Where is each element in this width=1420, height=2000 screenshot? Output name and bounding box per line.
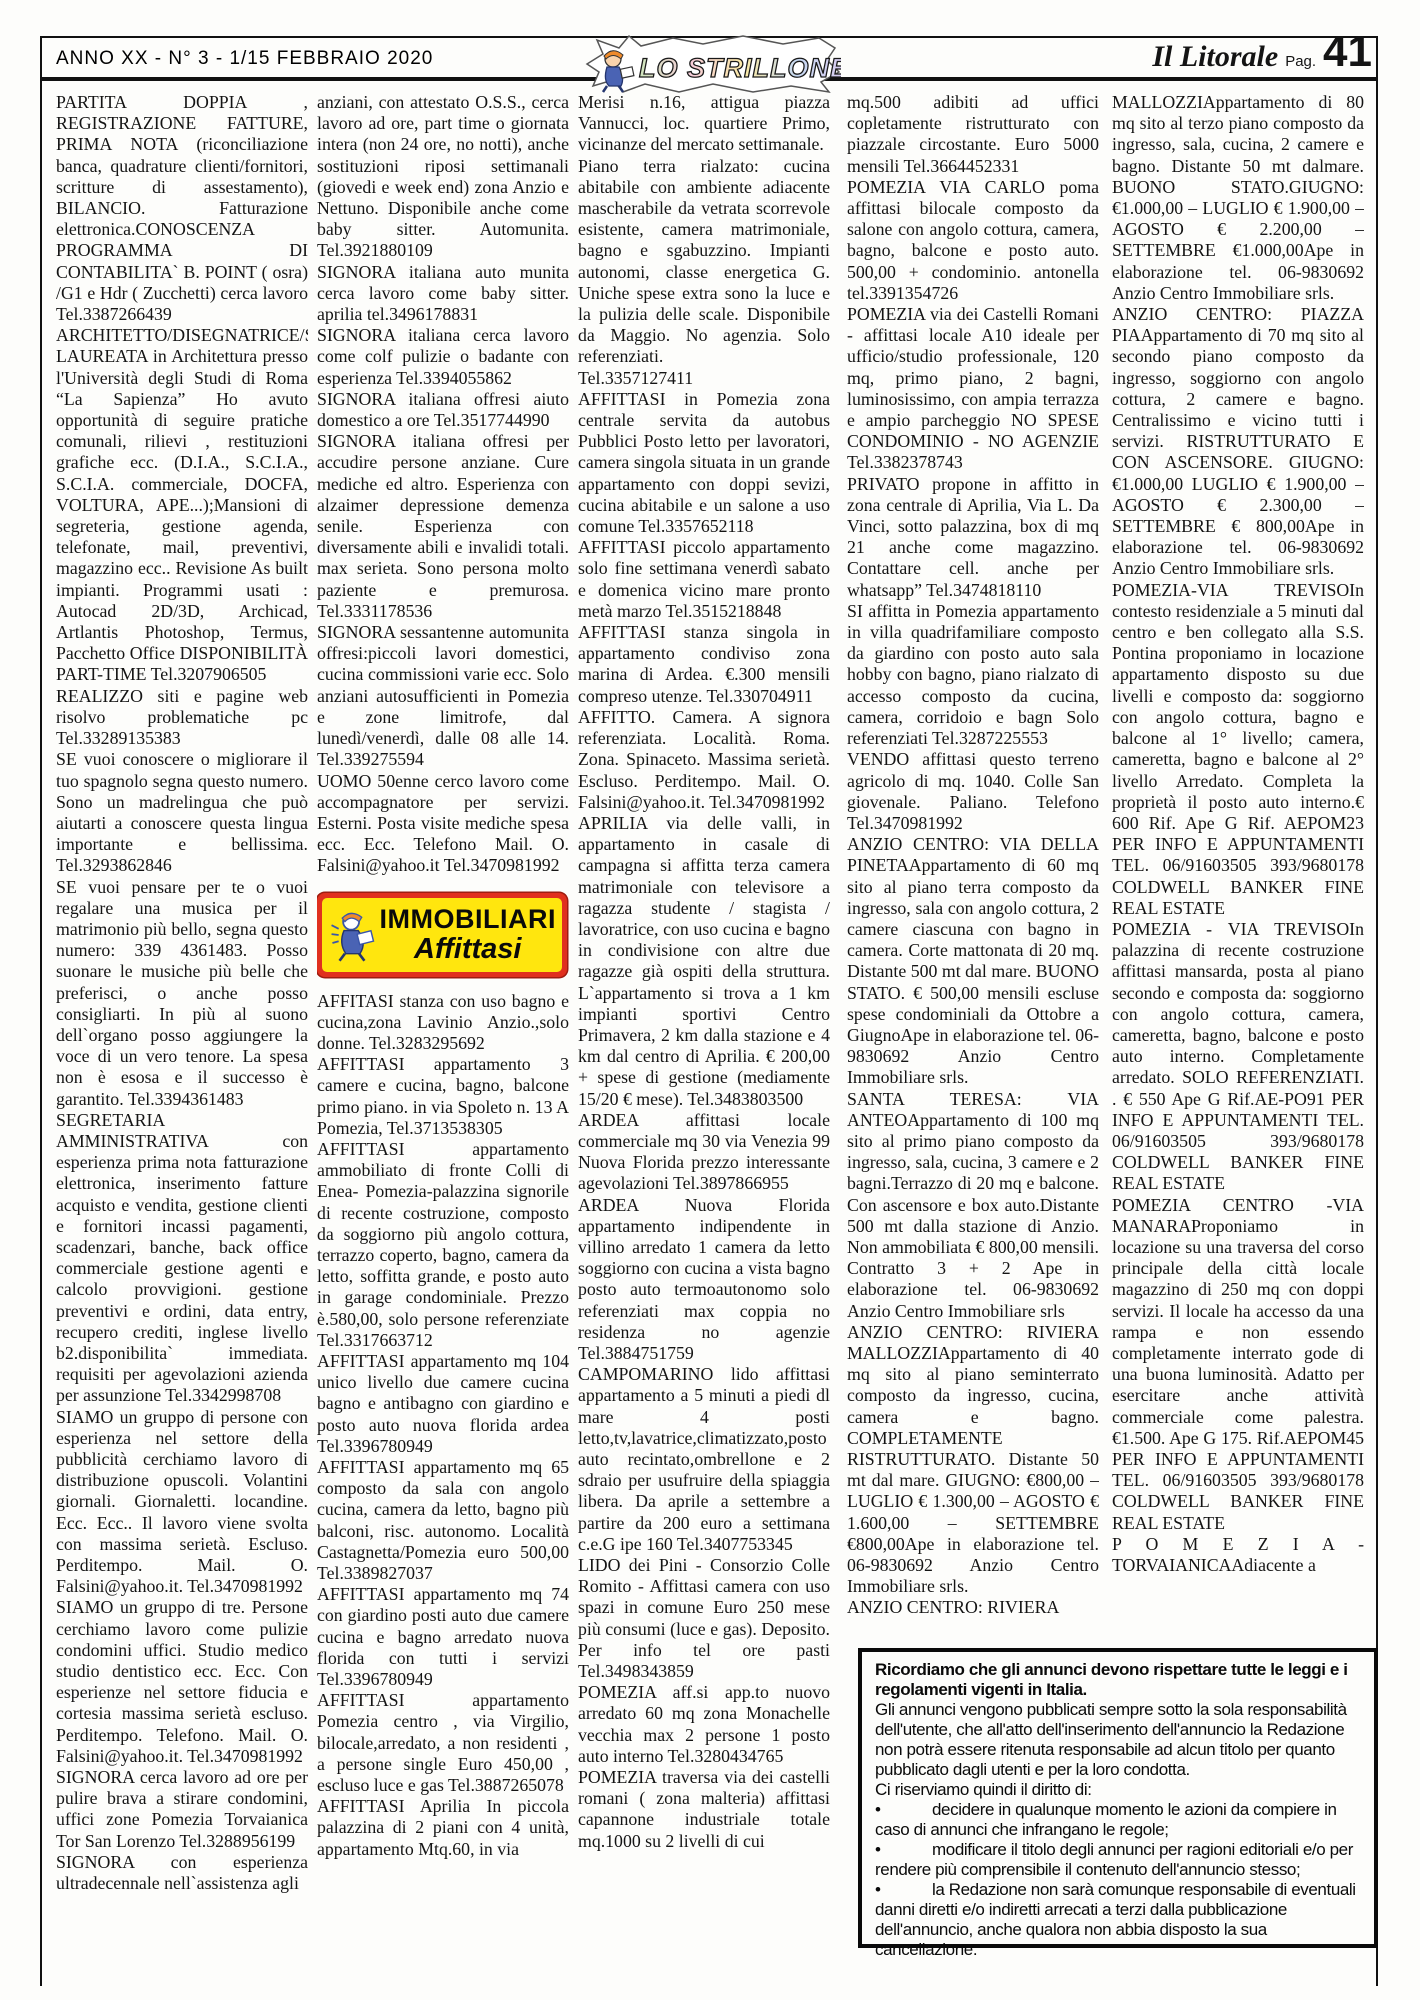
- classified-ad: SIAMO un gruppo di tre. Persone cerchiam…: [56, 1597, 308, 1767]
- column-3-ads: Merisi n.16, attigua piazza Vannucci, lo…: [578, 92, 830, 1852]
- classified-ad: SIGNORA con esperienza ultradecennale ne…: [56, 1852, 308, 1894]
- classified-ad: PRIVATO propone in affitto in zona centr…: [847, 474, 1099, 601]
- column-2-ads-top: anziani, con attestato O.S.S., cerca lav…: [317, 92, 569, 877]
- notice-bullet: •modificare il titolo degli annunci per …: [875, 1840, 1361, 1880]
- classified-ad: VENDO affittasi questo terreno agricolo …: [847, 749, 1099, 834]
- classified-ad: AFFITTASI stanza singola in appartamento…: [578, 622, 830, 707]
- classified-ad: PARTITA DOPPIA , REGISTRAZIONE FATTURE, …: [56, 92, 308, 686]
- column-1: PARTITA DOPPIA , REGISTRAZIONE FATTURE, …: [56, 92, 308, 1964]
- classified-ad: SIAMO un gruppo di persone con esperienz…: [56, 1407, 308, 1598]
- column-4: mq.500 adibiti ad uffici copletamente ri…: [847, 92, 1099, 1644]
- classified-ad: AFFITTASI appartamento mq 65 composto da…: [317, 1457, 569, 1584]
- classified-ad: AFFITTASI in Pomezia zona centrale servi…: [578, 389, 830, 537]
- classified-ad: SIGNORA cerca lavoro ad ore per pulire b…: [56, 1767, 308, 1852]
- column-3: Merisi n.16, attigua piazza Vannucci, lo…: [578, 92, 830, 1964]
- classified-ad: ANZIO CENTRO: VIA DELLA PINETAAppartamen…: [847, 834, 1099, 1088]
- page-number: 41: [1323, 30, 1372, 74]
- classified-ad: MALLOZZIAppartamento di 80 mq sito al te…: [1112, 92, 1364, 304]
- classified-ad: SE vuoi pensare per te o vuoi regalare u…: [56, 877, 308, 1110]
- notice-bullet: •decidere in qualunque momento le azioni…: [875, 1800, 1361, 1840]
- banner-title: IMMOBILIARI: [380, 905, 556, 934]
- notice-bullet: •la Redazione non sarà comunque responsa…: [875, 1880, 1361, 1960]
- classified-ad: AFFITTASI Aprilia In piccola palazzina d…: [317, 1796, 569, 1860]
- classified-ad: SIGNORA italiana auto munita cerca lavor…: [317, 262, 569, 326]
- classified-ad: AFFITTO. Camera. A signora referenziata.…: [578, 707, 830, 813]
- classified-ad: Piano terra rialzato: cucina abitabile c…: [578, 156, 830, 368]
- lo-strillone-logo: LO STRILLONE: [583, 34, 841, 94]
- notice-body: Gli annunci vengono pubblicati sempre so…: [875, 1700, 1361, 1780]
- column-2-ads-bottom: AFFITASI stanza con uso bagno e cucina,z…: [317, 991, 569, 1860]
- classified-ad: Merisi n.16, attigua piazza Vannucci, lo…: [578, 92, 830, 156]
- classified-ad: AFFITTASI appartamento Pomezia centro , …: [317, 1690, 569, 1796]
- classified-ad: SIGNORA italiana offresi aiuto domestico…: [317, 389, 569, 431]
- classified-ad: mq.500 adibiti ad uffici copletamente ri…: [847, 92, 1099, 177]
- classified-ad: AFFITTASI piccolo appartamento solo fine…: [578, 537, 830, 622]
- classified-ad: POMEZIA via dei Castelli Romani - affitt…: [847, 304, 1099, 474]
- classified-ad: AFFITTASI appartamento 3 camere e cucina…: [317, 1054, 569, 1139]
- classified-ad: SI affitta in Pomezia appartamento in vi…: [847, 601, 1099, 749]
- notice-rights-intro: Ci riserviamo quindi il diritto di:: [875, 1780, 1361, 1800]
- column-2: anziani, con attestato O.S.S., cerca lav…: [317, 92, 569, 1964]
- classified-ad: ANZIO CENTRO: RIVIERA MALLOZZIAppartamen…: [847, 1322, 1099, 1598]
- classified-ad: UOMO 50enne cerco lavoro come accompagna…: [317, 771, 569, 877]
- edition-date: ANNO XX - N° 3 - 1/15 FEBBRAIO 2020: [56, 48, 433, 70]
- classified-ad: ANZIO CENTRO: PIAZZA PIAAppartamento di …: [1112, 304, 1364, 580]
- classified-ad: POMEZIA aff.si app.to nuovo arredato 60 …: [578, 1682, 830, 1767]
- classified-ad: POMEZIA traversa via dei castelli romani…: [578, 1767, 830, 1852]
- notice-intro: Ricordiamo che gli annunci devono rispet…: [875, 1660, 1361, 1700]
- classified-ad: AFFITTASI appartamento ammobiliato di fr…: [317, 1139, 569, 1351]
- page-border-left: [40, 36, 42, 1986]
- masthead-right: Il Litorale Pag. 41: [1152, 30, 1372, 74]
- classified-ad: SIGNORA italiana offresi per accudire pe…: [317, 431, 569, 622]
- logo-title: LO STRILLONE: [639, 53, 841, 83]
- classified-ad: AFFITTASI appartamento mq 104 unico live…: [317, 1351, 569, 1457]
- classified-ad: P O M E Z I A - TORVAIANICAAdiacente a: [1112, 1534, 1364, 1576]
- publication-name: Il Litorale: [1152, 40, 1278, 74]
- newspaper-page: ANNO XX - N° 3 - 1/15 FEBBRAIO 2020 LO S…: [0, 0, 1420, 2000]
- classified-ad: SANTA TERESA: VIA ANTEOAppartamento di 1…: [847, 1089, 1099, 1322]
- classified-ad: SE vuoi conoscere o migliorare il tuo sp…: [56, 749, 308, 876]
- classified-ad: REALIZZO siti e pagine web risolvo probl…: [56, 686, 308, 750]
- classified-ad: POMEZIA - VIA TREVISOIn palazzina di rec…: [1112, 919, 1364, 1195]
- rules-notice-box: Ricordiamo che gli annunci devono rispet…: [858, 1648, 1378, 1948]
- notice-bullet-list: •decidere in qualunque momento le azioni…: [875, 1800, 1361, 1960]
- column-1-ads: PARTITA DOPPIA , REGISTRAZIONE FATTURE, …: [56, 92, 308, 1894]
- classified-ad: Tel.3357127411: [578, 368, 830, 389]
- classified-ad: SIGNORA italiana cerca lavoro come colf …: [317, 325, 569, 389]
- classified-ad: APRILIA via delle valli, in appartamento…: [578, 813, 830, 1110]
- classified-ad: ANZIO CENTRO: RIVIERA: [847, 1597, 1099, 1618]
- classified-ad: POMEZIA VIA CARLO poma affittasi bilocal…: [847, 177, 1099, 304]
- classified-ad: AFFITASI stanza con uso bagno e cucina,z…: [317, 991, 569, 1055]
- classified-ad: LIDO dei Pini - Consorzio Colle Romito -…: [578, 1555, 830, 1682]
- column-4-ads: mq.500 adibiti ad uffici copletamente ri…: [847, 92, 1099, 1619]
- banner-newsboy-icon: [328, 904, 380, 966]
- page-label: Pag.: [1285, 53, 1316, 70]
- classified-ad: anziani, con attestato O.S.S., cerca lav…: [317, 92, 569, 262]
- classified-ad: ARDEA Nuova Florida appartamento indipen…: [578, 1195, 830, 1365]
- classified-ad: POMEZIA CENTRO -VIA MANARAProponiamo in …: [1112, 1195, 1364, 1534]
- classified-ad: CAMPOMARINO lido affittasi appartamento …: [578, 1364, 830, 1555]
- banner-subtitle: Affittasi: [380, 934, 556, 965]
- column-5: MALLOZZIAppartamento di 80 mq sito al te…: [1112, 92, 1364, 1644]
- lo-strillone-logo-art: LO STRILLONE: [583, 34, 841, 94]
- column-5-ads: MALLOZZIAppartamento di 80 mq sito al te…: [1112, 92, 1364, 1576]
- classified-ad: SEGRETARIA AMMINISTRATIVA con esperienza…: [56, 1110, 308, 1407]
- classified-ad: ARDEA affittasi locale commerciale mq 30…: [578, 1110, 830, 1195]
- classified-ad: AFFITTASI appartamento mq 74 con giardin…: [317, 1584, 569, 1690]
- classified-ad: POMEZIA-VIA TREVISOIn contesto residenzi…: [1112, 580, 1364, 919]
- immobiliari-affittasi-banner: IMMOBILIARI Affittasi: [317, 893, 567, 977]
- classified-ad: SIGNORA sessantenne automunita offresi:p…: [317, 622, 569, 770]
